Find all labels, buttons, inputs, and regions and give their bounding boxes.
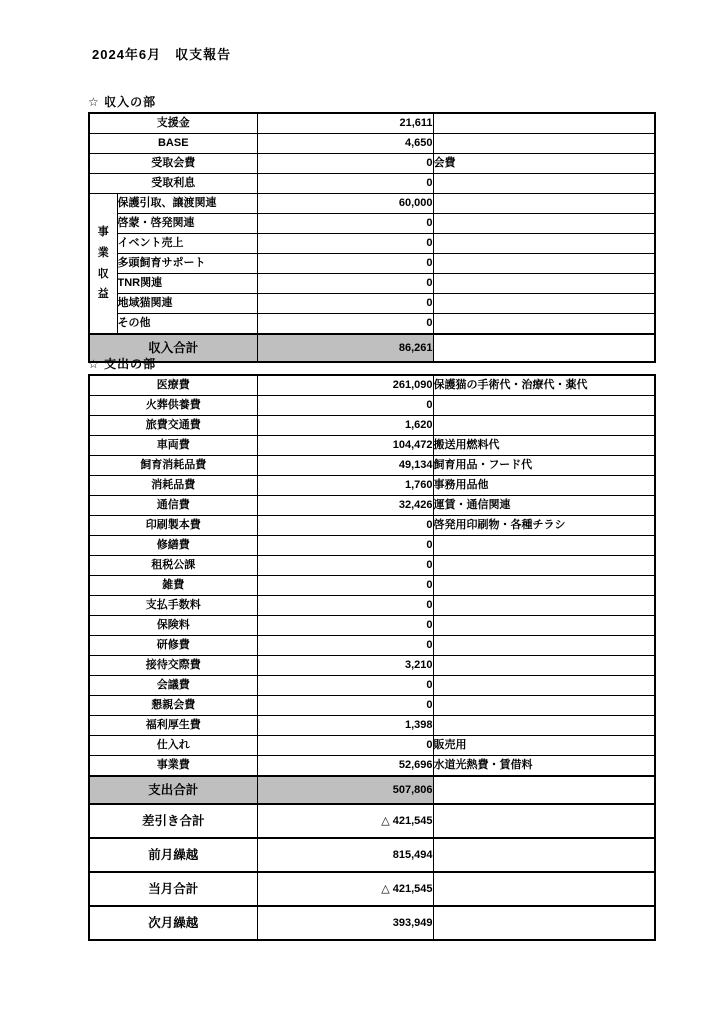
expense-row-label: 車両費 (89, 436, 257, 456)
summary-value: △ 421,545 (257, 872, 433, 906)
income-row-value: 0 (257, 254, 433, 274)
expense-row-label: 通信費 (89, 496, 257, 516)
expense-row-value: 0 (257, 736, 433, 756)
expense-row-value: 0 (257, 556, 433, 576)
expense-row-value: 1,398 (257, 716, 433, 736)
income-row-note: 会費 (433, 154, 655, 174)
expense-row-value: 1,760 (257, 476, 433, 496)
business-income-row: 多頭飼育サポート 0 (89, 254, 655, 274)
expense-row-value: 0 (257, 636, 433, 656)
business-income-group-label: 事業収益 (89, 194, 117, 335)
expense-row: 研修費 0 (89, 636, 655, 656)
expense-row-note: 飼育用品・フード代 (433, 456, 655, 476)
expense-row: 車両費 104,472 搬送用燃料代 (89, 436, 655, 456)
income-row-value: 60,000 (257, 194, 433, 214)
income-row-value: 0 (257, 314, 433, 335)
income-row-label: 受取会費 (89, 154, 257, 174)
expense-total-value: 507,806 (257, 776, 433, 804)
expense-row-label: 消耗品費 (89, 476, 257, 496)
income-row-value: 0 (257, 154, 433, 174)
summary-value: △ 421,545 (257, 804, 433, 838)
expense-row: 接待交際費 3,210 (89, 656, 655, 676)
expense-row-note: 搬送用燃料代 (433, 436, 655, 456)
income-section: ☆ 収入の部 支援金 21,611 BASE 4,650 受取会費 0 会費 受… (88, 93, 656, 363)
expense-row: 租税公課 0 (89, 556, 655, 576)
expense-row-value: 104,472 (257, 436, 433, 456)
income-row-label: 多頭飼育サポート (117, 254, 257, 274)
expense-row-label: 印刷製本費 (89, 516, 257, 536)
business-income-group-label-text: 事業収益 (97, 222, 109, 306)
expense-row-note: 販売用 (433, 736, 655, 756)
expense-row-value: 49,134 (257, 456, 433, 476)
income-row-note (433, 254, 655, 274)
income-row-value: 0 (257, 274, 433, 294)
expense-total-label: 支出合計 (89, 776, 257, 804)
summary-label: 次月繰越 (89, 906, 257, 940)
income-row-label: 支援金 (89, 113, 257, 134)
expense-row-label: 旅費交通費 (89, 416, 257, 436)
income-row: 支援金 21,611 (89, 113, 655, 134)
expense-row-label: 修繕費 (89, 536, 257, 556)
expense-row-value: 0 (257, 516, 433, 536)
expense-row: 火葬供養費 0 (89, 396, 655, 416)
expense-row-note: 啓発用印刷物・各種チラシ (433, 516, 655, 536)
summary-value: 393,949 (257, 906, 433, 940)
summary-row-current-month-total: 当月合計 △ 421,545 (89, 872, 655, 906)
income-row-label: TNR関連 (117, 274, 257, 294)
income-row-note (433, 214, 655, 234)
expense-row: 旅費交通費 1,620 (89, 416, 655, 436)
income-row-label: 受取利息 (89, 174, 257, 194)
expense-row-value: 1,620 (257, 416, 433, 436)
expense-row-note (433, 536, 655, 556)
expense-row-value: 0 (257, 616, 433, 636)
income-table: 支援金 21,611 BASE 4,650 受取会費 0 会費 受取利息 0 (88, 112, 656, 363)
income-row-note (433, 174, 655, 194)
income-row-value: 21,611 (257, 113, 433, 134)
expense-total-note (433, 776, 655, 804)
expense-row-note: 水道光熱費・賃借料 (433, 756, 655, 777)
expense-row: 通信費 32,426 運賃・通信関連 (89, 496, 655, 516)
expense-row-note (433, 716, 655, 736)
expense-row-note (433, 656, 655, 676)
expense-row: 消耗品費 1,760 事務用品他 (89, 476, 655, 496)
expense-row-note (433, 396, 655, 416)
expense-row-label: 雑費 (89, 576, 257, 596)
expense-row-note: 運賃・通信関連 (433, 496, 655, 516)
expense-row-note (433, 616, 655, 636)
expense-row: 雑費 0 (89, 576, 655, 596)
expense-row-value: 52,696 (257, 756, 433, 777)
summary-row-net-balance: 差引き合計 △ 421,545 (89, 804, 655, 838)
expense-row-value: 0 (257, 676, 433, 696)
expense-row: 飼育消耗品費 49,134 飼育用品・フード代 (89, 456, 655, 476)
expense-section: ☆ 支出の部 医療費 261,090 保護猫の手術代・治療代・薬代 火葬供養費 … (88, 355, 656, 941)
expense-row: 福利厚生費 1,398 (89, 716, 655, 736)
expense-row-label: 支払手数料 (89, 596, 257, 616)
business-income-row: 地域猫関連 0 (89, 294, 655, 314)
expense-row-value: 0 (257, 576, 433, 596)
income-heading: ☆ 収入の部 (88, 93, 656, 110)
expense-row-note (433, 636, 655, 656)
income-row-label: イベント売上 (117, 234, 257, 254)
expense-row-label: 事業費 (89, 756, 257, 777)
business-income-row: 啓蒙・啓発関連 0 (89, 214, 655, 234)
summary-row-carryover-prev-month: 前月繰越 815,494 (89, 838, 655, 872)
expense-row-label: 火葬供養費 (89, 396, 257, 416)
expense-table: 医療費 261,090 保護猫の手術代・治療代・薬代 火葬供養費 0 旅費交通費… (88, 374, 656, 941)
expense-row-label: 接待交際費 (89, 656, 257, 676)
income-row: BASE 4,650 (89, 134, 655, 154)
summary-note (433, 906, 655, 940)
income-row-note (433, 134, 655, 154)
summary-note (433, 838, 655, 872)
expense-row-label: 医療費 (89, 375, 257, 396)
expense-row: 事業費 52,696 水道光熱費・賃借料 (89, 756, 655, 777)
income-row-label: 啓蒙・啓発関連 (117, 214, 257, 234)
expense-row-value: 3,210 (257, 656, 433, 676)
income-row: 受取利息 0 (89, 174, 655, 194)
income-row-value: 4,650 (257, 134, 433, 154)
expense-row-label: 福利厚生費 (89, 716, 257, 736)
summary-note (433, 804, 655, 838)
expense-row-value: 0 (257, 696, 433, 716)
summary-row-carryover-next-month: 次月繰越 393,949 (89, 906, 655, 940)
expense-row-note (433, 416, 655, 436)
expense-row-label: 会議費 (89, 676, 257, 696)
income-row-label: その他 (117, 314, 257, 335)
expense-row: 会議費 0 (89, 676, 655, 696)
page: 2024年6月 収支報告 ☆ 収入の部 支援金 21,611 BASE 4,65… (0, 0, 724, 1024)
expense-row-note: 保護猫の手術代・治療代・薬代 (433, 375, 655, 396)
business-income-row: その他 0 (89, 314, 655, 335)
expense-row-value: 0 (257, 596, 433, 616)
expense-row-value: 0 (257, 536, 433, 556)
expense-row: 仕入れ 0 販売用 (89, 736, 655, 756)
income-row-value: 0 (257, 234, 433, 254)
expense-row-label: 仕入れ (89, 736, 257, 756)
business-income-row: TNR関連 0 (89, 274, 655, 294)
expense-row-value: 0 (257, 396, 433, 416)
expense-row-note: 事務用品他 (433, 476, 655, 496)
expense-row: 医療費 261,090 保護猫の手術代・治療代・薬代 (89, 375, 655, 396)
expense-row-label: 租税公課 (89, 556, 257, 576)
income-row-value: 0 (257, 294, 433, 314)
expense-row-value: 261,090 (257, 375, 433, 396)
income-row-note (433, 314, 655, 335)
income-row-note (433, 194, 655, 214)
expense-row-label: 飼育消耗品費 (89, 456, 257, 476)
summary-value: 815,494 (257, 838, 433, 872)
expense-row-label: 保険料 (89, 616, 257, 636)
expense-total-row: 支出合計 507,806 (89, 776, 655, 804)
income-row-label: 保護引取、譲渡関連 (117, 194, 257, 214)
expense-heading: ☆ 支出の部 (88, 355, 656, 372)
expense-row-value: 32,426 (257, 496, 433, 516)
summary-label: 当月合計 (89, 872, 257, 906)
expense-row-label: 懇親会費 (89, 696, 257, 716)
income-row-value: 0 (257, 214, 433, 234)
expense-row: 修繕費 0 (89, 536, 655, 556)
expense-row-note (433, 556, 655, 576)
expense-row: 懇親会費 0 (89, 696, 655, 716)
expense-row: 印刷製本費 0 啓発用印刷物・各種チラシ (89, 516, 655, 536)
expense-row-note (433, 576, 655, 596)
income-row-label: 地域猫関連 (117, 294, 257, 314)
expense-row-note (433, 696, 655, 716)
income-row-note (433, 113, 655, 134)
income-row-note (433, 274, 655, 294)
income-row: 受取会費 0 会費 (89, 154, 655, 174)
income-row-value: 0 (257, 174, 433, 194)
business-income-row: 事業収益 保護引取、譲渡関連 60,000 (89, 194, 655, 214)
expense-row-note (433, 596, 655, 616)
summary-label: 差引き合計 (89, 804, 257, 838)
expense-row-label: 研修費 (89, 636, 257, 656)
summary-note (433, 872, 655, 906)
expense-row-note (433, 676, 655, 696)
income-row-label: BASE (89, 134, 257, 154)
summary-label: 前月繰越 (89, 838, 257, 872)
report-title: 2024年6月 収支報告 (92, 44, 231, 63)
income-row-note (433, 234, 655, 254)
expense-row: 支払手数料 0 (89, 596, 655, 616)
income-row-note (433, 294, 655, 314)
business-income-row: イベント売上 0 (89, 234, 655, 254)
expense-row: 保険料 0 (89, 616, 655, 636)
